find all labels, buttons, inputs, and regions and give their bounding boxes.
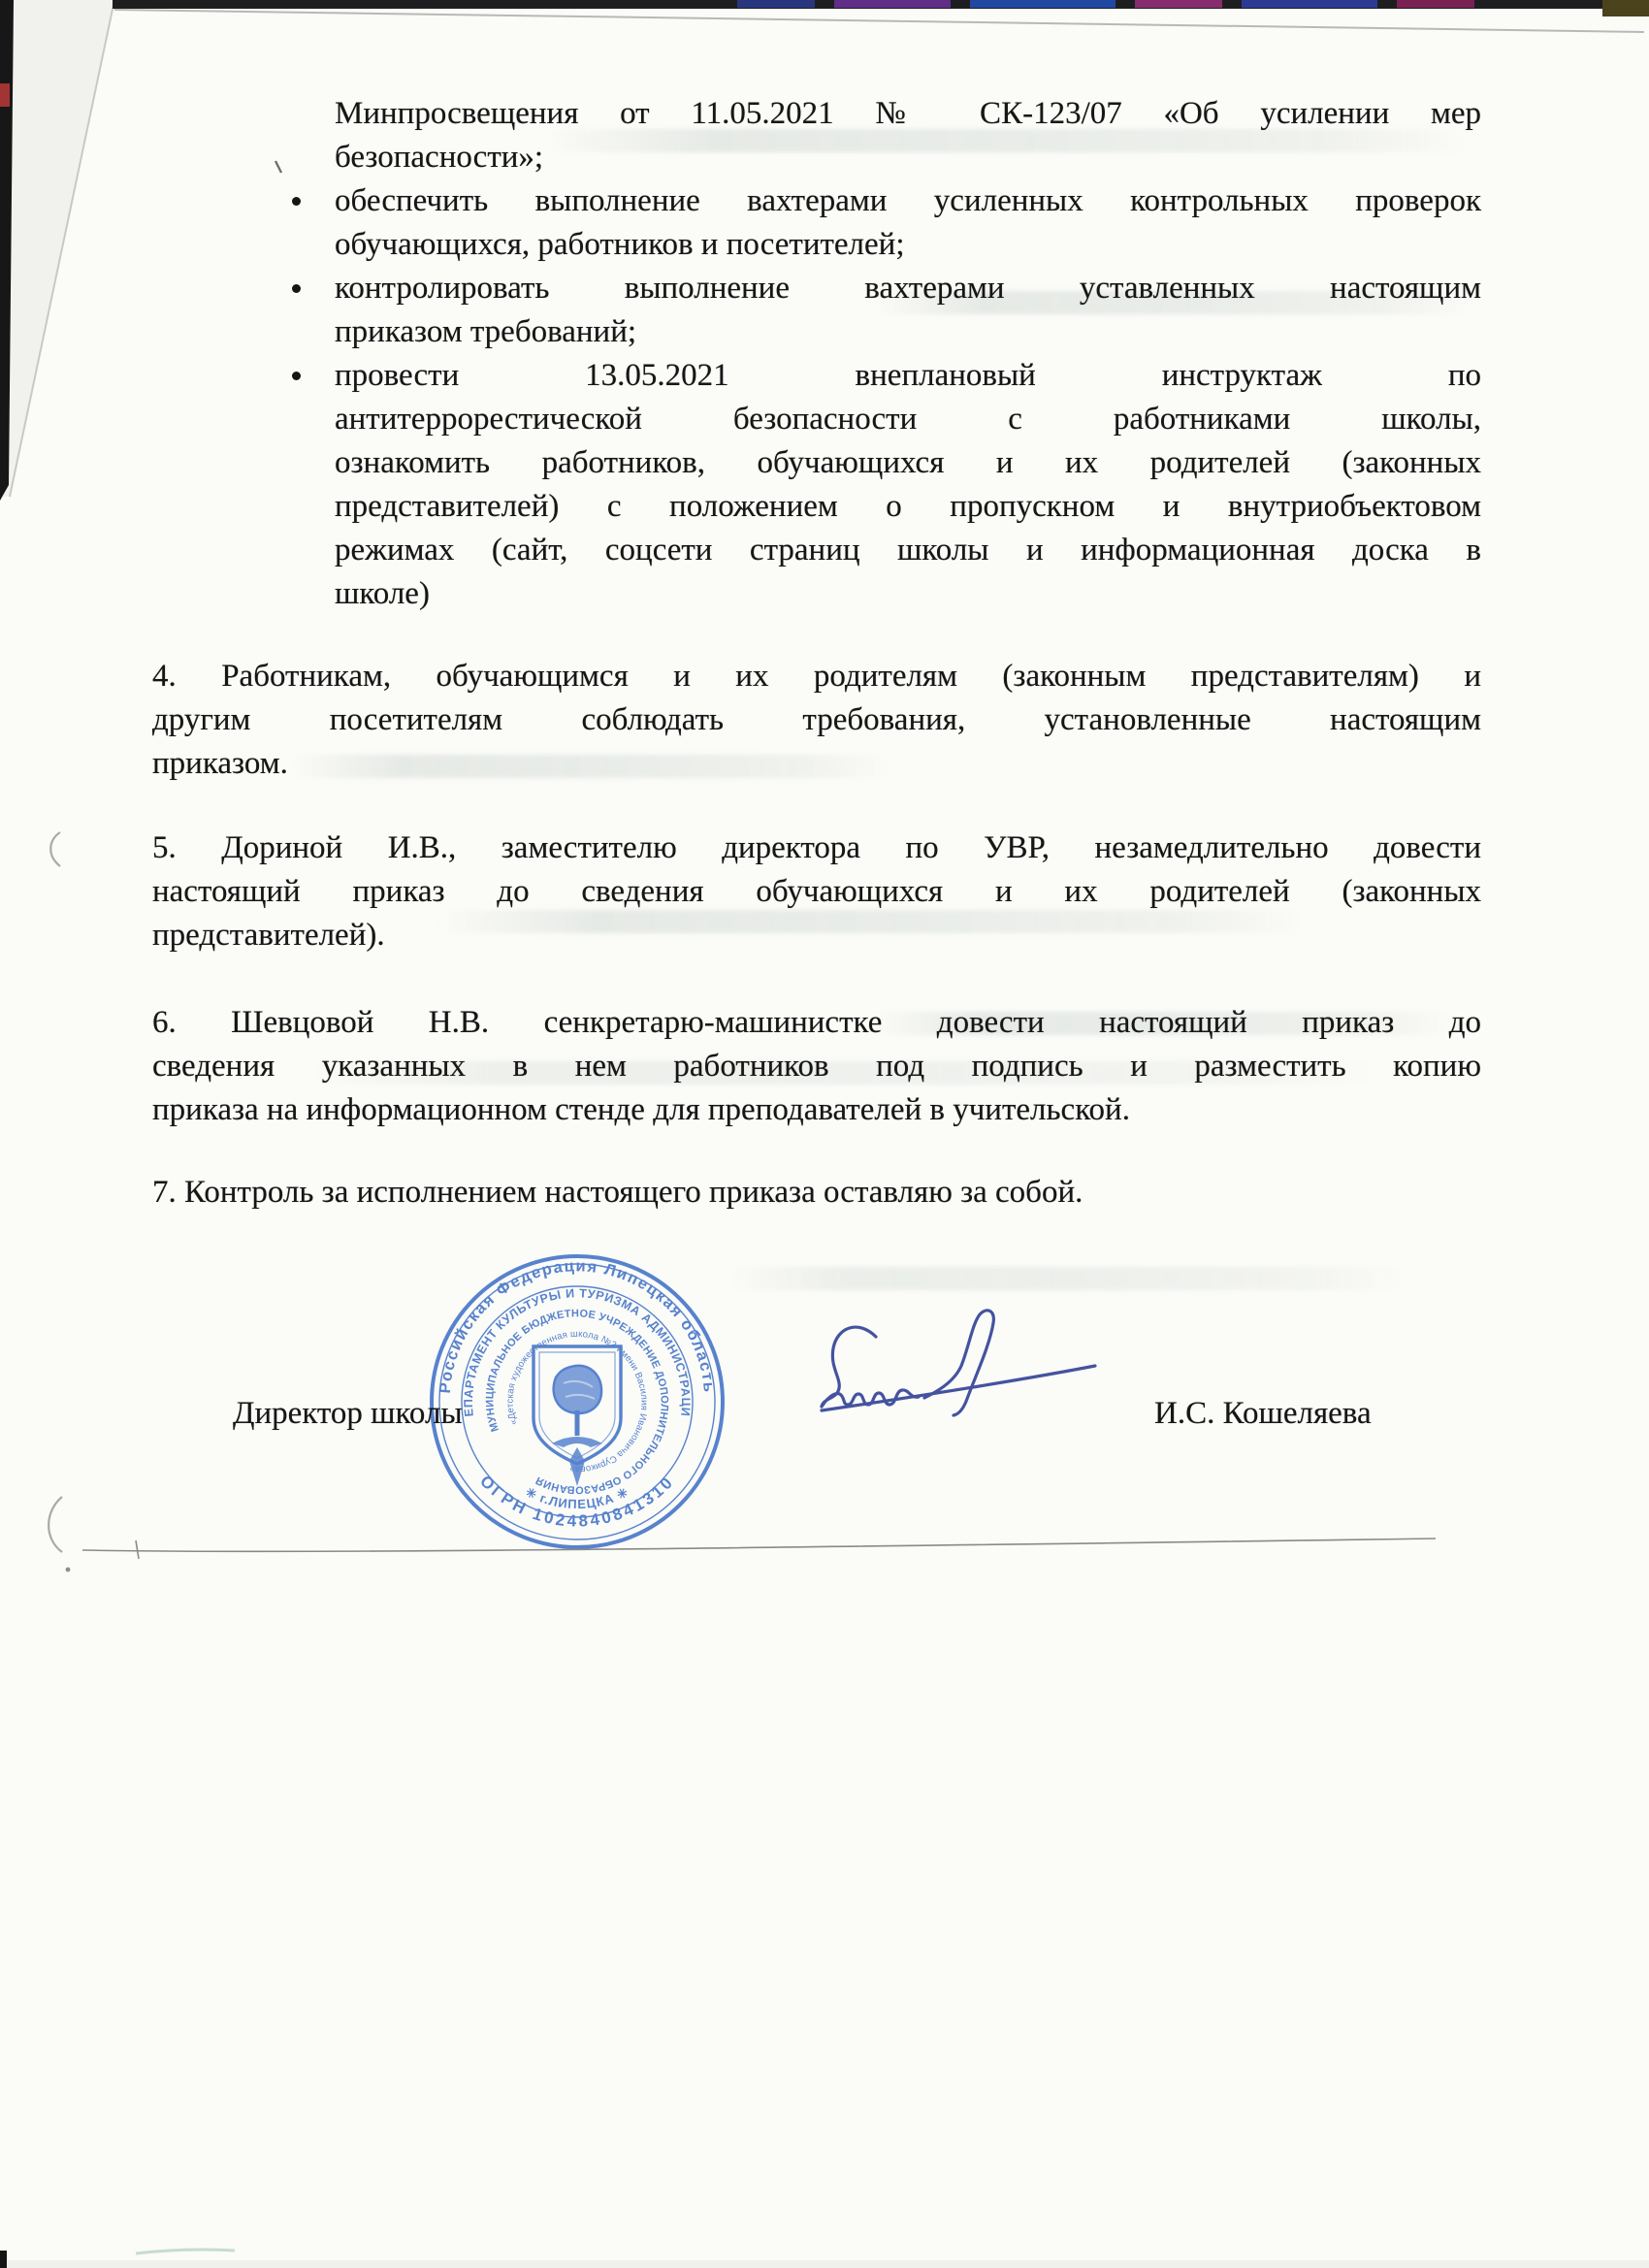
text-line: провести 13.05.2021 внеплановый инструкт… — [335, 354, 1481, 398]
pencil-line — [82, 1539, 1436, 1551]
page-corner-edge-line — [10, 0, 114, 497]
text-line: антитеррорестической безопасности с рабо… — [335, 398, 1481, 441]
bleedthrough-band — [727, 1267, 1406, 1290]
stray-curl-mark — [50, 832, 60, 866]
text-line: приказом. — [152, 742, 288, 786]
handwritten-signature — [820, 1298, 1111, 1434]
bullet-marker — [292, 197, 301, 206]
bottom-smudge — [136, 2250, 235, 2253]
text-line: приказом требований; — [335, 310, 636, 354]
text-line: 4. Работникам, обучающимся и их родителя… — [152, 655, 1481, 698]
bleedthrough-band — [291, 755, 892, 778]
text-line: контролировать выполнение вахтерами уста… — [335, 267, 1481, 310]
left-scan-bar-red-mark — [0, 83, 10, 107]
scan-artifacts — [0, 0, 1649, 2268]
top-scan-strip — [113, 0, 1649, 9]
bottom-edge-shade — [0, 2260, 1649, 2268]
text-line: Минпросвещения от 11.05.2021 № СК-123/07… — [335, 92, 1481, 136]
text-line: другим посетителям соблюдать требования,… — [152, 698, 1481, 742]
official-round-stamp: Российская Федерация Липецкая область ОГ… — [425, 1249, 729, 1554]
text-line: режимах (сайт, соцсети страниц школы и и… — [335, 529, 1481, 572]
text-line: школе) — [335, 572, 430, 616]
text-line: представителей). — [152, 914, 385, 957]
bullet-marker — [292, 284, 301, 293]
bullet-marker — [292, 372, 301, 380]
left-scan-bar — [0, 0, 14, 501]
signer-name: И.С. Кошеляева — [1154, 1392, 1372, 1436]
text-line: ознакомить работников, обучающихся и их … — [335, 441, 1481, 485]
text-line: сведения указанных в нем работников под … — [152, 1045, 1481, 1088]
text-line: обеспечить выполнение вахтерами усиленны… — [335, 179, 1481, 223]
text-line: обучающихся, работников и посетителей; — [335, 223, 905, 267]
text-line: 7. Контроль за исполнением настоящего пр… — [152, 1171, 1083, 1215]
pencil-line-tick — [136, 1540, 139, 1559]
text-line: представителей) с положением о пропускно… — [335, 485, 1481, 529]
page-top-edge-line — [114, 10, 1644, 32]
text-line: безопасности»; — [335, 136, 543, 179]
top-strip-color-noise — [737, 0, 1474, 8]
stray-curl-mark — [48, 1497, 62, 1552]
scanned-document-page: Минпросвещения от 11.05.2021 № СК-123/07… — [0, 0, 1649, 2268]
text-line: 5. Дориной И.В., заместителю директора п… — [152, 826, 1481, 870]
bottom-left-notch — [0, 2251, 7, 2268]
stray-dot — [66, 1568, 71, 1572]
text-line: приказа на информационном стенде для пре… — [152, 1088, 1130, 1132]
scanner-background-wedge — [0, 0, 114, 497]
top-right-corner-mark — [1602, 0, 1649, 16]
text-line: настоящий приказ до сведения обучающихся… — [152, 870, 1481, 914]
text-line: 6. Шевцовой Н.В. сенкретарю-машинистке д… — [152, 1001, 1481, 1045]
stray-tick-mark — [275, 161, 281, 173]
